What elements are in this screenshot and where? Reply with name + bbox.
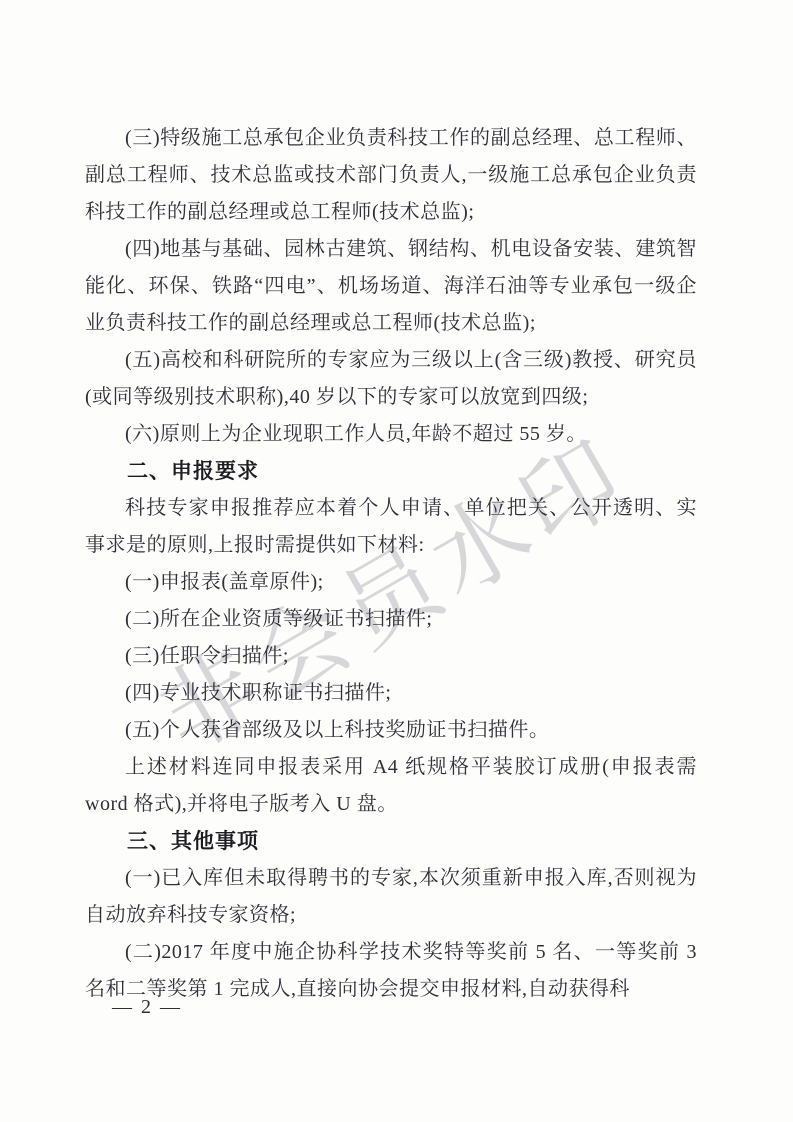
section-heading-other-matters: 三、其他事项	[85, 823, 697, 860]
document-page: 非会员水印 (三)特级施工总承包企业负责科技工作的副总经理、总工程师、副总工程师…	[0, 0, 793, 1122]
paragraph-material-3-appointment-letter: (三)任职令扫描件;	[85, 638, 697, 675]
page-number: — 2 —	[112, 996, 182, 1019]
paragraph-item-6-age-limit: (六)原则上为企业现职工作人员,年龄不超过 55 岁。	[85, 416, 697, 453]
paragraph-material-1-application-form: (一)申报表(盖章原件);	[85, 564, 697, 601]
paragraph-other-1-reapply: (一)已入库但未取得聘书的专家,本次须重新申报入库,否则视为自动放弃科技专家资格…	[85, 860, 697, 934]
document-body: (三)特级施工总承包企业负责科技工作的副总经理、总工程师、副总工程师、技术总监或…	[85, 120, 697, 1008]
paragraph-material-5-award-certificate: (五)个人获省部级及以上科技奖励证书扫描件。	[85, 712, 697, 749]
paragraph-binding-instructions: 上述材料连同申报表采用 A4 纸规格平装胶订成册(申报表需 word 格式),并…	[85, 749, 697, 823]
paragraph-item-5-university-experts: (五)高校和科研院所的专家应为三级以上(含三级)教授、研究员(或同等级别技术职称…	[85, 342, 697, 416]
paragraph-application-principles: 科技专家申报推荐应本着个人申请、单位把关、公开透明、实事求是的原则,上报时需提供…	[85, 490, 697, 564]
paragraph-item-3-special-contractor: (三)特级施工总承包企业负责科技工作的副总经理、总工程师、副总工程师、技术总监或…	[85, 120, 697, 231]
paragraph-material-2-qualification-certificate: (二)所在企业资质等级证书扫描件;	[85, 601, 697, 638]
paragraph-material-4-title-certificate: (四)专业技术职称证书扫描件;	[85, 675, 697, 712]
paragraph-item-4-specialty-contractor: (四)地基与基础、园林古建筑、钢结构、机电设备安装、建筑智能化、环保、铁路“四电…	[85, 231, 697, 342]
section-heading-application-requirements: 二、申报要求	[85, 453, 697, 490]
